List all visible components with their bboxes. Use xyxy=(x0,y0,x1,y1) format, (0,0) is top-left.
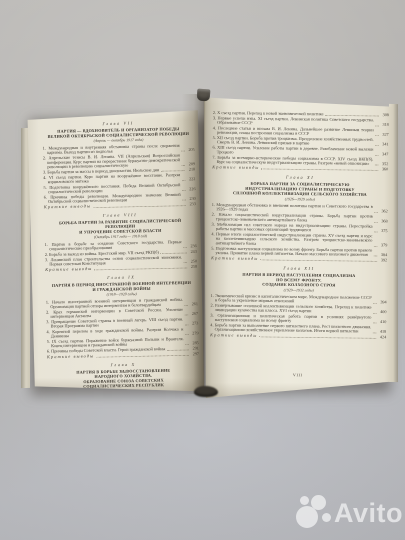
page-stack-edge-left xyxy=(21,128,30,388)
toc-entry-page: 368 xyxy=(379,219,388,224)
right-page-content: VIII 2. X съезд партии. Переход к новой … xyxy=(209,106,389,400)
dot-leader xyxy=(161,170,185,171)
toc-entry-page: 360 xyxy=(380,167,389,172)
dot-leader xyxy=(373,313,376,314)
dot-leader xyxy=(260,260,377,262)
dot-leader xyxy=(374,212,377,213)
dot-leader xyxy=(94,268,187,271)
dot-leader xyxy=(185,305,188,306)
toc-entry-page: 291 xyxy=(190,346,199,351)
toc-entry-page: 273 xyxy=(190,321,199,326)
dot-leader xyxy=(182,190,185,191)
toc-entry-page: 384 xyxy=(378,253,387,258)
toc-entry-page: 205 xyxy=(186,148,195,153)
chapter-date-range: (1926—1929 годы) xyxy=(212,196,388,202)
dot-leader xyxy=(375,165,378,166)
toc-entry-page: 347 xyxy=(380,152,389,157)
dot-leader xyxy=(374,232,377,233)
avito-logo-icon xyxy=(294,494,332,532)
right-page-folio: VIII xyxy=(210,372,386,379)
toc-entry-text: Краткие выводы xyxy=(212,165,259,170)
toc-entry: Краткие выводы424 xyxy=(210,333,386,340)
dot-leader xyxy=(183,247,186,248)
toc-entry-page: 297 xyxy=(190,352,199,357)
dot-leader xyxy=(261,169,378,171)
toc-entry-page: 362 xyxy=(379,209,388,214)
toc-entry-text: Краткие выводы xyxy=(211,256,258,261)
dot-leader xyxy=(374,222,377,223)
dot-leader xyxy=(373,332,376,333)
toc-entry-page: 230 xyxy=(187,197,196,202)
toc-entry-page: 410 xyxy=(378,320,387,325)
left-page-content: VII Глава VIIПАРТИЯ — ВДОХНОВИТЕЛЬ И ОРГ… xyxy=(42,115,200,394)
toc-entry-page: 279 xyxy=(190,331,199,336)
dot-leader xyxy=(375,126,378,127)
dot-leader xyxy=(185,344,188,345)
toc-entry-text: Краткие выводы xyxy=(210,333,257,338)
dot-leader xyxy=(182,165,185,166)
toc-entry-page: 236 xyxy=(188,244,197,249)
toc-entry-page: 308 xyxy=(380,113,389,118)
book-photo-scene: VII Глава VIIПАРТИЯ — ВДОХНОВИТЕЛЬ И ОРГ… xyxy=(0,0,405,540)
dot-leader xyxy=(181,151,184,152)
toc-entry-page: 394 xyxy=(378,300,387,305)
dot-leader xyxy=(184,262,187,263)
toc-entry-text: Краткие выводы xyxy=(47,354,94,359)
dot-leader xyxy=(373,323,376,324)
toc-section: Глава XIБОРЬБА ПАРТИИ ЗА СОЦИАЛИСТИЧЕСКУ… xyxy=(211,174,388,262)
avito-watermark: Avito xyxy=(294,494,405,532)
avito-circle-small-top xyxy=(300,496,309,505)
dot-leader xyxy=(185,334,188,335)
avito-circle-small-bottom xyxy=(322,513,331,522)
toc-entry-page: 327 xyxy=(380,132,389,137)
dot-leader xyxy=(185,315,188,316)
toc-entry-text: Краткие выводы xyxy=(44,204,91,209)
toc-entry: Краткие выводы360 xyxy=(212,165,388,172)
toc-entry-page: 243 xyxy=(188,249,197,254)
toc-section: Глава IXПАРТИЯ В ПЕРИОД ИНОСТРАННОЙ ВОЕН… xyxy=(45,274,199,360)
toc-entry-page: 218 xyxy=(186,167,195,172)
toc-entry-page: 267 xyxy=(189,311,198,316)
toc-entry-page: 375 xyxy=(379,229,388,234)
toc-entry-page: 285 xyxy=(190,341,199,346)
avito-circle-medium xyxy=(311,495,326,510)
dot-leader xyxy=(375,145,378,146)
toc-entry-page: 341 xyxy=(380,142,389,147)
toc-entry-page: 261 xyxy=(189,302,198,307)
toc-entry-page: 424 xyxy=(377,335,386,340)
toc-entry-page: 418 xyxy=(378,329,387,334)
toc-entry-page: 209 xyxy=(186,162,195,167)
toc-entry-page: 233 xyxy=(187,202,196,207)
toc-entry-page: 222 xyxy=(187,177,196,182)
dot-leader xyxy=(373,303,376,304)
dot-leader xyxy=(93,205,186,208)
dot-leader xyxy=(167,349,189,350)
toc-entry: 4. Первые итоги социалистической индустр… xyxy=(211,232,387,247)
toc-section: Глава VIIПАРТИЯ — ВДОХНОВИТЕЛЬ И ОРГАНИЗ… xyxy=(42,119,196,209)
avito-brand-text: Avito xyxy=(334,495,403,531)
toc-entry-text: Краткие выводы xyxy=(45,267,92,272)
toc-entry-page: 392 xyxy=(378,258,387,263)
dot-leader xyxy=(96,355,189,358)
toc-entry-page: 258 xyxy=(188,264,197,269)
toc-entry: Краткие выводы392 xyxy=(211,256,387,263)
toc-entry-page: 318 xyxy=(380,123,389,128)
dot-leader xyxy=(182,180,185,181)
toc-left-page: VII Глава VIIПАРТИЯ — ВДОХНОВИТЕЛЬ И ОРГ… xyxy=(24,108,204,392)
dot-leader xyxy=(259,336,376,338)
spine-tail-notch xyxy=(194,386,218,397)
dot-leader xyxy=(160,253,186,254)
toc-right-page: VIII 2. X съезд партии. Переход к новой … xyxy=(200,92,396,398)
dot-leader xyxy=(185,324,188,325)
toc-entry-page: 379 xyxy=(379,243,388,248)
dot-leader xyxy=(375,155,378,156)
toc-entry-page: 250 xyxy=(188,259,197,264)
toc-entry-page: 400 xyxy=(378,310,387,315)
dot-leader xyxy=(375,135,378,136)
toc-section: Глава XIIПАРТИЯ В ПЕРИОД НАСТУПЛЕНИЯ СОЦ… xyxy=(210,265,387,339)
toc-section: Глава VIIIБОРЬБА ПАРТИИ ЗА РАЗВИТИЕ СОЦИ… xyxy=(44,211,197,272)
toc-section: 2. X съезд партии. Переход к новой эконо… xyxy=(212,111,389,172)
toc-entry-page: 352 xyxy=(380,162,389,167)
chapter-date-range: (1929—1932 годы) xyxy=(211,287,387,293)
dot-leader xyxy=(374,246,377,247)
dot-leader xyxy=(182,200,185,201)
dot-leader xyxy=(374,256,377,257)
toc-entry-page: 226 xyxy=(187,187,196,192)
spine-headband-icon xyxy=(197,89,211,102)
toc-entry-text: 4. Первые итоги социалистической индустр… xyxy=(211,232,372,247)
